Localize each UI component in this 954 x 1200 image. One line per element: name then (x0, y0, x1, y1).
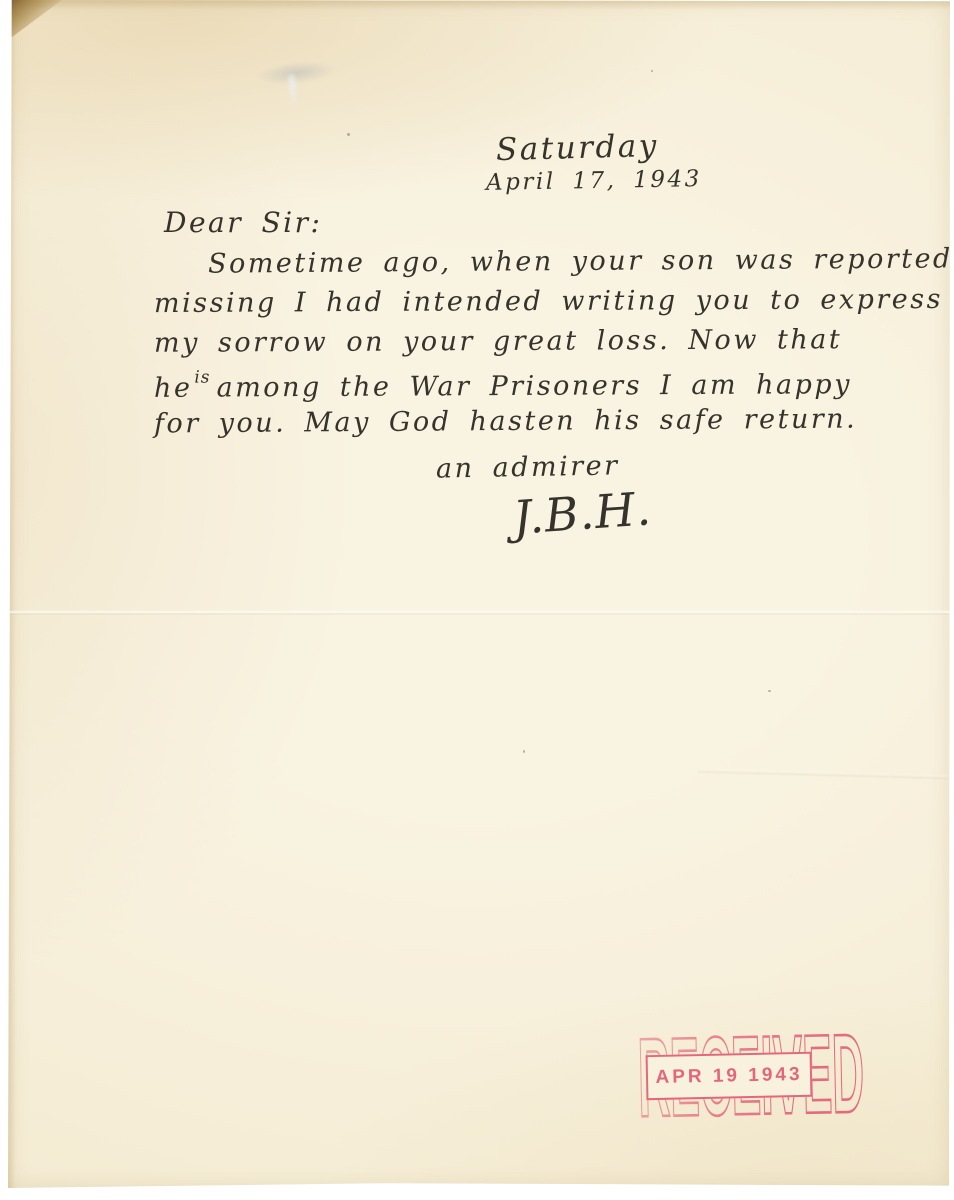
paper-edge-shading-top (8, 0, 950, 10)
paper-speck (768, 690, 771, 692)
body-line-4: heisamong the War Prisoners I am happy (154, 364, 852, 404)
received-date-stamp: RECEIVED APR 19 1943 (635, 1024, 869, 1127)
date-full: April 17, 1943 (486, 166, 702, 196)
body-line-3: my sorrow on your great loss. Now that (154, 324, 842, 359)
closing: an admirer (436, 450, 620, 484)
paper-speck (347, 133, 350, 136)
fold-crease (8, 610, 950, 615)
signature: J.B.H. (511, 481, 653, 545)
salutation: Dear Sir: (164, 206, 322, 239)
letter-scan: Saturday April 17, 1943 Dear Sir: Someti… (0, 0, 954, 1200)
paper-speck (523, 750, 525, 753)
body-line-4-rest: among the War Prisoners I am happy (216, 369, 852, 403)
fold-crease-right (698, 769, 948, 780)
erased-pencil-smudge (255, 58, 337, 88)
stamp-date-box: APR 19 1943 (646, 1052, 813, 1100)
inserted-word: is (194, 368, 210, 388)
body-line-1: Sometime ago, when your son was reported (208, 243, 953, 279)
body-line-4-start: he (154, 373, 193, 404)
paper-edge-shading-left (8, 0, 16, 1188)
paper-sheet: Saturday April 17, 1943 Dear Sir: Someti… (8, 0, 950, 1188)
body-line-5: for you. May God hasten his safe return. (154, 404, 857, 440)
body-line-2: missing I had intended writing you to ex… (154, 284, 943, 319)
stamp-date: APR 19 1943 (655, 1063, 803, 1088)
paper-speck (651, 70, 653, 72)
date-weekday: Saturday (496, 128, 660, 168)
